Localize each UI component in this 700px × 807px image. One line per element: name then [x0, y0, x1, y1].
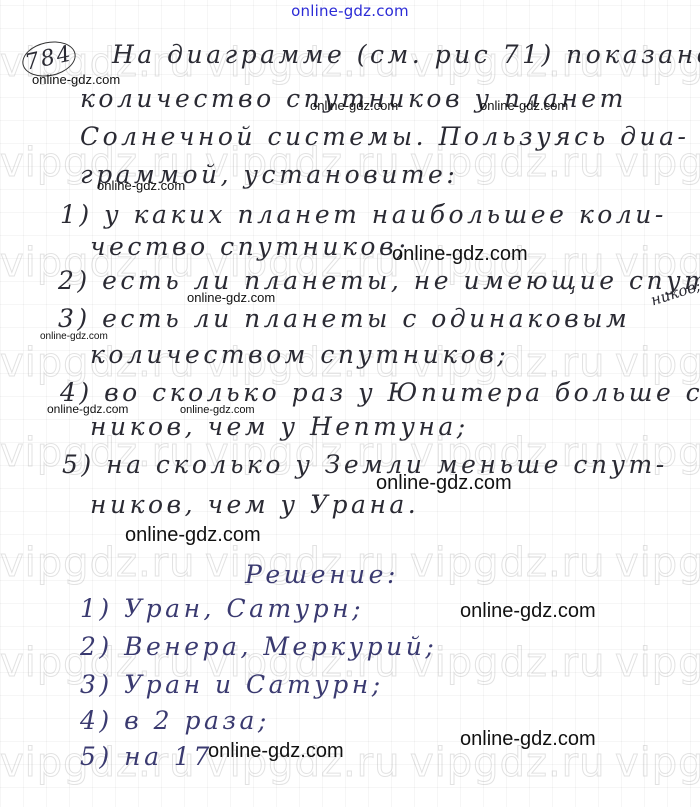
overlay-watermark: online-gdz.com [180, 404, 255, 416]
overlay-watermark: online-gdz.com [40, 331, 108, 342]
answer-item: 4) в 2 раза; [80, 706, 270, 735]
task-line: ников, чем у Урана. [90, 490, 419, 519]
task-line: Солнечной системы. Пользуясь диа- [80, 122, 690, 151]
overlay-watermark: online-gdz.com [47, 402, 128, 416]
solution-title: Решение: [245, 560, 399, 589]
overlay-watermark: online-gdz.com [310, 98, 398, 113]
overlay-watermark: online-gdz.com [32, 72, 120, 87]
answer-item: 3) Уран и Сатурн; [80, 670, 384, 699]
overlay-watermark: online-gdz.com [125, 524, 261, 547]
answer-item: 1) Уран, Сатурн; [80, 594, 364, 623]
task-line: 3) есть ли планеты с одинаковым [58, 304, 630, 333]
overlay-watermark: online-gdz.com [460, 600, 596, 623]
overlay-watermark: online-gdz.com [97, 178, 185, 193]
overlay-watermark: online-gdz.com [392, 243, 528, 266]
task-line: 2) есть ли планеты, не имеющие спут- [58, 266, 700, 295]
answer-item: 5) на 17 [80, 742, 213, 771]
watermark: vipgdz.ru [410, 640, 605, 686]
watermark: vipgdz.ru [615, 540, 700, 586]
overlay-watermark: online-gdz.com [187, 290, 275, 305]
overlay-watermark: online-gdz.com [480, 98, 568, 113]
task-line: ников, чем у Нептуна; [90, 412, 469, 441]
watermark: vipgdz.ru [615, 640, 700, 686]
task-line: На диаграмме (см. рис 71) показано [112, 40, 700, 69]
watermark: vipgdz.ru [410, 540, 605, 586]
watermark: vipgdz.ru [615, 740, 700, 786]
task-line: 4) во сколько раз у Юпитера больше спут- [60, 378, 700, 407]
task-line: 5) на сколько у Земли меньше спут- [62, 450, 668, 479]
overlay-watermark: online-gdz.com [460, 728, 596, 751]
overlay-watermark: online-gdz.com [376, 472, 512, 495]
site-link[interactable]: online-gdz.com [0, 2, 700, 20]
answer-item: 2) Венера, Меркурий; [80, 632, 437, 661]
overlay-watermark: online-gdz.com [208, 740, 344, 763]
task-line: количеством спутников; [90, 340, 509, 369]
task-line: чество спутников; [90, 232, 409, 261]
task-line: 1) у каких планет наибольшее коли- [60, 200, 667, 229]
